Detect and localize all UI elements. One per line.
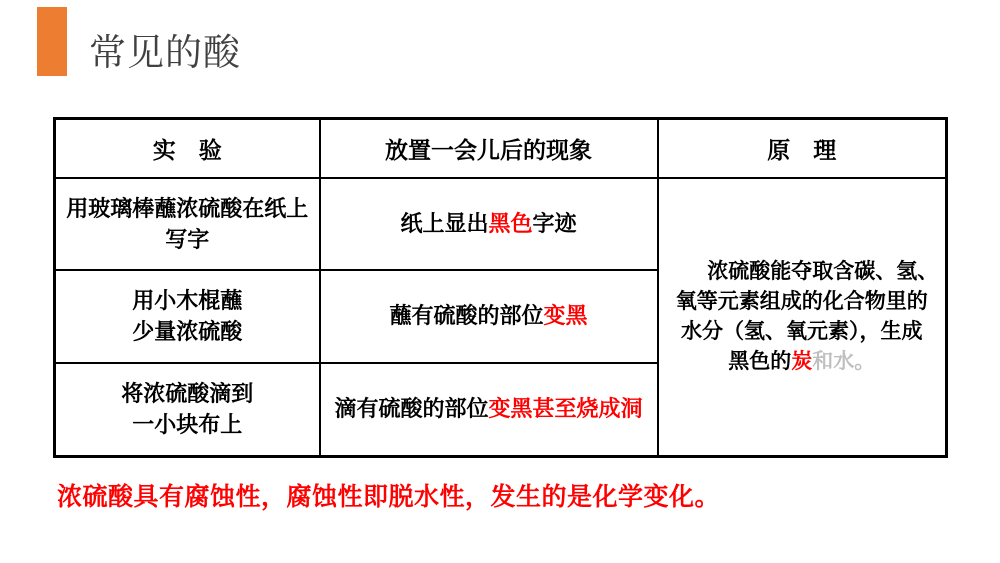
experiment-table: 实 验 放置一会儿后的现象 原 理 用玻璃棒蘸浓硫酸在纸上 写字 纸上显出黑色字…	[53, 117, 948, 458]
principle-highlight: 炭	[791, 350, 812, 373]
experiment-cell-2: 用小木棍蘸 少量浓硫酸	[55, 270, 320, 363]
title-accent-bar	[37, 7, 67, 76]
phenomenon-highlight: 变黑	[544, 303, 588, 328]
experiment-cell-1: 用玻璃棒蘸浓硫酸在纸上 写字	[55, 178, 320, 270]
experiment-cell-3: 将浓硫酸滴到 一小块布上	[55, 363, 320, 457]
phenomenon-text: 滴有硫酸的部位	[334, 396, 488, 421]
phenomenon-text: 蘸有硫酸的部位	[389, 303, 543, 328]
principle-cell: 浓硫酸能夺取含碳、氢、 氧等元素组成的化合物里的 水分（氢、氧元素），生成 黑色…	[658, 178, 947, 457]
column-header-phenomenon: 放置一会儿后的现象	[320, 119, 658, 178]
table-header-row: 实 验 放置一会儿后的现象 原 理	[55, 119, 947, 178]
phenomenon-highlight: 变黑甚至烧成洞	[489, 396, 643, 421]
conclusion-note: 浓硫酸具有腐蚀性，腐蚀性即脱水性，发生的是化学变化。	[57, 482, 720, 513]
page-title: 常见的酸	[89, 33, 241, 74]
table-row: 用玻璃棒蘸浓硫酸在纸上 写字 纸上显出黑色字迹 浓硫酸能夺取含碳、氢、 氧等元素…	[55, 178, 947, 270]
slide-canvas: { "slide": { "title": "常见的酸", "accent_co…	[0, 0, 1000, 563]
phenomenon-cell-3: 滴有硫酸的部位变黑甚至烧成洞	[320, 363, 658, 457]
phenomenon-text: 字迹	[533, 211, 577, 236]
column-header-experiment: 实 验	[55, 119, 320, 178]
principle-muted-text: 和水。	[812, 350, 875, 373]
phenomenon-cell-2: 蘸有硫酸的部位变黑	[320, 270, 658, 363]
phenomenon-text: 纸上显出	[400, 211, 488, 236]
column-header-principle: 原 理	[658, 119, 947, 178]
phenomenon-cell-1: 纸上显出黑色字迹	[320, 178, 658, 270]
phenomenon-highlight: 黑色	[488, 211, 532, 236]
